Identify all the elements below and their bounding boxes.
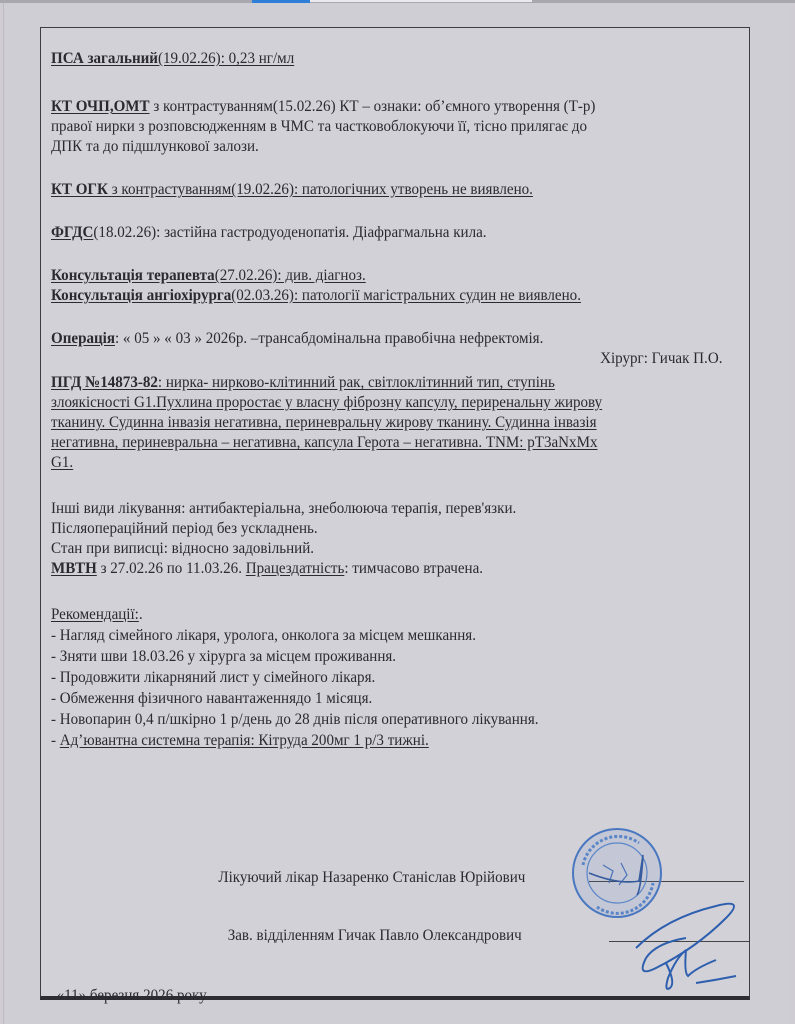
ct-abdomen-text1: з контрастуванням(15.02.26) КТ – ознаки:… <box>150 97 596 115</box>
discharge-document: ПСА загальний(19.02.26): 0,23 нг/мл КТ О… <box>40 27 750 1000</box>
ct-abdomen-label: КТ ОЧП,ОМТ <box>51 97 150 115</box>
treatment-line-2: Післяопераційний період без ускладнень. <box>51 518 318 538</box>
ct-abdomen-line1: КТ ОЧП,ОМТ з контрастуванням(15.02.26) К… <box>51 96 595 116</box>
mvtn-line: МВТН з 27.02.26 по 11.03.26. Працездатні… <box>51 558 483 578</box>
fgds-label: ФГДС <box>51 223 93 241</box>
pgd-line5: G1. <box>51 452 73 472</box>
pgd-line1: ПГД №14873-82: нирка- нирково-клітинний … <box>51 372 555 392</box>
recommendation-item-adjuvant: - Ад’ювантна системна терапія: Кітруда 2… <box>51 730 429 750</box>
ct-abdomen-line2: правої нирки з розповсюдженням в ЧМС та … <box>51 116 587 136</box>
recommendations-title: Рекомендації: <box>51 605 139 623</box>
consult-therapist-label: Консультація терапевта <box>51 266 215 284</box>
work-capacity-value: : тимчасово втрачена. <box>344 559 483 577</box>
pgd-label: ПГД №14873-82 <box>51 373 158 391</box>
attending-doctor-signature-label: Лікуючий лікар Назаренко Станіслав Юрійо… <box>218 867 525 887</box>
ct-abdomen-line3: ДПК та до підшлункової залози. <box>51 136 259 156</box>
psa-value: (19.02.26): 0,23 нг/мл <box>158 49 294 67</box>
recommendation-item: - Нагляд сімейного лікаря, уролога, онко… <box>51 625 476 645</box>
consult-therapist-line: Консультація терапевта(27.02.26): див. д… <box>51 265 366 285</box>
treatment-line-3: Стан при виписці: відносно задовільний. <box>51 538 314 558</box>
handwritten-signature-icon <box>626 888 751 998</box>
pgd-text1: : нирка- нирково-клітинний рак, світлокл… <box>158 373 555 391</box>
operation-line: Операція: « 05 » « 03 » 2026р. –трансабд… <box>51 328 543 348</box>
operation-text: : « 05 » « 03 » 2026р. –трансабдомінальн… <box>115 329 543 347</box>
treatment-line-1: Інші види лікування: антибактеріальна, з… <box>51 498 516 518</box>
recommendations-title-line: Рекомендації:. <box>51 604 143 624</box>
work-capacity-label: Працездатність <box>246 559 345 577</box>
recommendation-item: - Зняти шви 18.03.26 у хірурга за місцем… <box>51 646 396 666</box>
pgd-line4: негативна, периневральна – негативна, ка… <box>51 432 597 452</box>
department-head-signature-label: Зав. відділенням Гичак Павло Олександров… <box>228 925 522 945</box>
recommendation-item: - Обмеження фізичного навантаженнядо 1 м… <box>51 688 372 708</box>
fgds-text: (18.02.26): застійна гастродуоденопатія.… <box>93 223 486 241</box>
psa-label: ПСА загальний <box>51 49 158 67</box>
mvtn-label: МВТН <box>51 559 97 577</box>
consult-angio-text: (02.03.26): патології магістральних суди… <box>231 286 581 304</box>
pgd-line2: злоякісності G1.Пухлина проростає у влас… <box>51 392 602 412</box>
pgd-line3: тканину. Судинна інвазія негативна, пери… <box>51 412 597 432</box>
psa-line: ПСА загальний(19.02.26): 0,23 нг/мл <box>51 48 294 68</box>
mvtn-dates: з 27.02.26 по 11.03.26. <box>97 559 246 577</box>
recommendation-item: - Новопарин 0,4 п/шкірно 1 р/день до 28 … <box>51 709 539 729</box>
ct-chest-text: з контрастуванням(19.02.26): патологічни… <box>108 180 533 198</box>
recommendations-title-suffix: . <box>139 605 143 623</box>
adjuvant-therapy-text: Ад’ювантна системна терапія: Кітруда 200… <box>60 731 429 749</box>
ct-chest-label: КТ ОГК <box>51 180 108 198</box>
consult-therapist-text: (27.02.26): див. діагноз. <box>215 266 366 284</box>
surgeon-line: Хірург: Гичак П.О. <box>600 348 722 368</box>
operation-label: Операція <box>51 329 115 347</box>
ct-chest-line: КТ ОГК з контрастуванням(19.02.26): пато… <box>51 179 533 199</box>
document-date: «11» березня 2026 року <box>57 985 207 1005</box>
recommendation-item: - Продовжити лікарняний лист у сімейного… <box>51 667 375 687</box>
consult-angio-label: Консультація ангіохірурга <box>51 286 231 304</box>
consult-angio-line: Консультація ангіохірурга(02.03.26): пат… <box>51 285 581 305</box>
fgds-line: ФГДС(18.02.26): застійна гастродуоденопа… <box>51 222 487 242</box>
